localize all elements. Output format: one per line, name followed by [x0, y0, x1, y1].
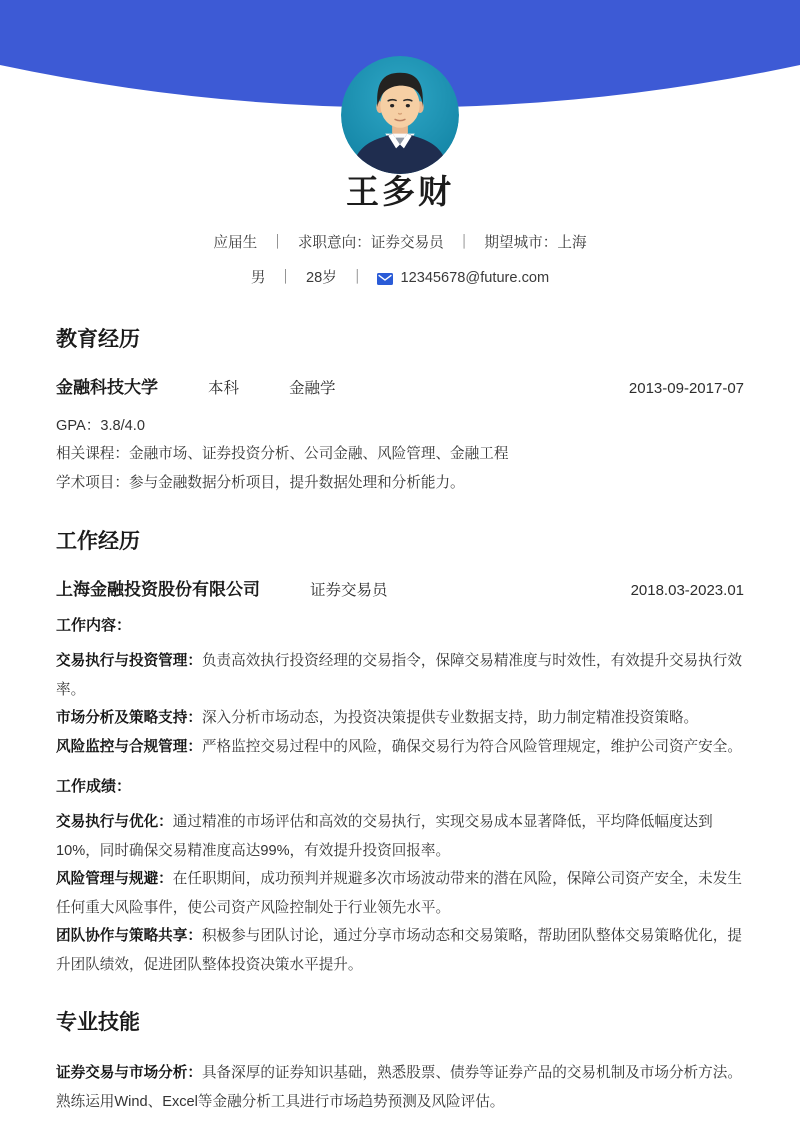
envelope-icon	[377, 273, 393, 285]
duty-item: 市场分析及策略支持：深入分析市场动态，为投资决策提供专业数据支持，助力制定精准投…	[56, 704, 744, 733]
work-period: 2018.03-2023.01	[631, 582, 744, 599]
divider: ｜	[457, 233, 472, 253]
work-content-label-text: 工作内容：	[56, 617, 131, 634]
work-content-label: 工作内容：	[56, 616, 744, 636]
skill-item: 证券交易与市场分析：具备深厚的证券知识基础，熟悉股票、债券等证券产品的交易机制及…	[56, 1059, 744, 1116]
education-entry-row: 金融科技大学 本科 金融学 2013-09-2017-07	[56, 373, 744, 398]
duty-item: 交易执行与投资管理：负责高效执行投资经理的交易指令，保障交易精准度与时效性，有效…	[56, 647, 744, 704]
section-education: 教育经历 金融科技大学 本科 金融学 2013-09-2017-07 GPA：3…	[56, 323, 744, 498]
duty-text: 严格监控交易过程中的风险，确保交易行为符合风险管理规定，维护公司资产安全。	[202, 739, 742, 755]
contact-line: 男 ｜ 28岁 ｜ 12345678@future.com	[0, 268, 800, 288]
age: 28岁	[306, 268, 337, 288]
academic-project-line: 学术项目：参与金融数据分析项目，提升数据处理和分析能力。	[56, 469, 744, 498]
divider: ｜	[270, 233, 285, 253]
resume-body: 教育经历 金融科技大学 本科 金融学 2013-09-2017-07 GPA：3…	[0, 323, 800, 1117]
duty-label: 风险监控与合规管理：	[56, 739, 202, 755]
section-skills: 专业技能 证券交易与市场分析：具备深厚的证券知识基础，熟悉股票、债券等证券产品的…	[56, 1006, 744, 1116]
achievement-item: 交易执行与优化：通过精准的市场评估和高效的交易执行，实现交易成本显著降低，平均降…	[56, 808, 744, 865]
degree: 本科	[208, 376, 239, 398]
gender: 男	[251, 268, 266, 288]
achievement-label: 团队协作与策略共享：	[56, 928, 202, 944]
duty-label: 市场分析及策略支持：	[56, 710, 202, 726]
skill-label: 证券交易与市场分析：	[56, 1065, 202, 1081]
duty-label: 交易执行与投资管理：	[56, 653, 202, 669]
work-entry-row: 上海金融投资股份有限公司 证券交易员 2018.03-2023.01	[56, 575, 744, 600]
header-banner	[0, 0, 800, 150]
education-period: 2013-09-2017-07	[629, 380, 744, 397]
section-title-education: 教育经历	[56, 323, 744, 353]
duty-item: 风险监控与合规管理：严格监控交易过程中的风险，确保交易行为符合风险管理规定，维护…	[56, 733, 744, 762]
company-name: 上海金融投资股份有限公司	[56, 575, 260, 600]
candidate-status: 应届生	[213, 233, 257, 253]
candidate-name: 王多财	[0, 173, 800, 211]
duty-text: 深入分析市场动态，为投资决策提供专业数据支持，助力制定精准投资策略。	[202, 710, 698, 726]
achievement-item: 风险管理与规避：在任职期间，成功预判并规避多次市场波动带来的潜在风险，保障公司资…	[56, 865, 744, 922]
profile-photo-illustration	[341, 56, 459, 174]
email-address: 12345678@future.com	[400, 268, 549, 288]
achievement-label: 风险管理与规避：	[56, 871, 173, 887]
job-title: 证券交易员	[310, 578, 388, 600]
divider: ｜	[350, 268, 365, 288]
profile-summary-line: 应届生 ｜ 求职意向：证券交易员 ｜ 期望城市：上海	[0, 233, 800, 253]
desired-city: 期望城市：上海	[484, 233, 586, 253]
achievement-item: 团队协作与策略共享：积极参与团队讨论，通过分享市场动态和交易策略，帮助团队整体交…	[56, 922, 744, 979]
profile-photo	[341, 56, 459, 174]
section-title-work: 工作经历	[56, 525, 744, 555]
achievement-label: 交易执行与优化：	[56, 814, 173, 830]
section-title-skills: 专业技能	[56, 1006, 744, 1036]
work-achievements-label-text: 工作成绩：	[56, 778, 131, 795]
major: 金融学	[289, 376, 336, 398]
gpa-line: GPA：3.8/4.0	[56, 412, 744, 441]
resume-page: 王多财 应届生 ｜ 求职意向：证券交易员 ｜ 期望城市：上海 男 ｜ 28岁 ｜…	[0, 0, 800, 1132]
divider: ｜	[278, 268, 293, 288]
courses-line: 相关课程：金融市场、证券投资分析、公司金融、风险管理、金融工程	[56, 440, 744, 469]
job-intention: 求职意向：证券交易员	[298, 233, 444, 253]
work-achievements-label: 工作成绩：	[56, 777, 744, 797]
school-name: 金融科技大学	[56, 373, 158, 398]
section-work-experience: 工作经历 上海金融投资股份有限公司 证券交易员 2018.03-2023.01 …	[56, 525, 744, 979]
